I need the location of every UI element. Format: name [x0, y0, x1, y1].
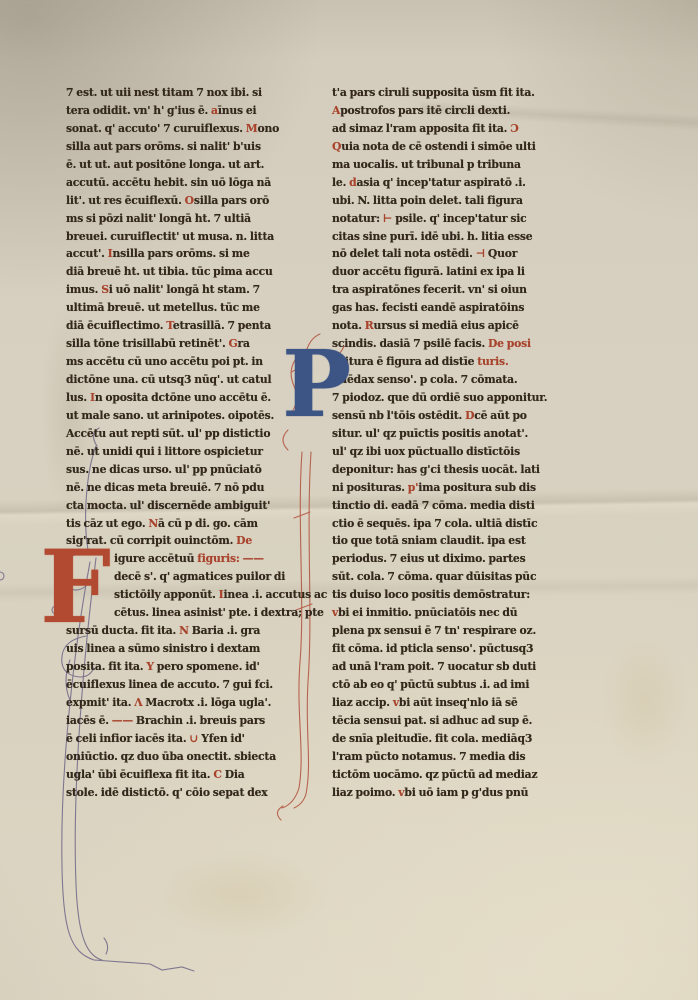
text-line: deponitur: has g'ci thesis uocāt. lati [332, 461, 554, 479]
text-line: fit cōma. id pticla senso'. pūctusq3 [332, 640, 554, 658]
body-text: tis duiso loco positis demōstratur: [332, 588, 530, 601]
rubric-text: M [246, 122, 258, 135]
body-text: sonat. q' accuto' 7 curuiflexus. [66, 122, 246, 135]
text-line: situr. ul' qz puīctis positis anotat'. [332, 425, 554, 443]
body-text: cētus. linea asinist' pte. i dextra; pte [114, 606, 324, 619]
text-line: plena px sensui ē 7 tn' respirare oz. [332, 622, 554, 640]
body-text: 7 piodoz. que dū ordiē suo apponitur. [332, 391, 547, 404]
text-line: dictōne una. cū utsq3 nūq'. ut catul [66, 371, 294, 389]
text-line: notatur: ⊢ psile. q' incep'tatur sic [332, 210, 554, 228]
text-line: gas has. fecisti eandē aspiratōins [332, 299, 554, 317]
text-line: silla aut pars orōms. si nalit' b'uis [66, 138, 294, 156]
text-line: t'a pars ciruli supposita ūsm fit ita. [332, 84, 554, 102]
text-line: liaz poimo. vbi uō iam p g'dus pnū [332, 784, 554, 802]
body-text: etrasillā. 7 penta [173, 319, 271, 332]
body-text: diā breuē ht. ut tibia. tūc pima accu [66, 265, 273, 278]
text-line: ē. ut ut. aut positōne longa. ut art. [66, 156, 294, 174]
text-line: Accētu aut repti sūt. ul' pp distictio [66, 425, 294, 443]
body-text: ms si pōzi nalit' longā ht. 7 ultiā [66, 212, 251, 225]
text-line: vbi ei inmitio. pnūciatōis nec dū [332, 604, 554, 622]
body-text: Baria .i. gra [189, 624, 260, 637]
text-line: ctio ē sequēs. ipa 7 cola. ultiā distīc [332, 515, 554, 533]
body-text: l'ram pūcto notamus. 7 media dis [332, 750, 525, 763]
rubric-text: a [211, 104, 218, 117]
text-line: posita. fit ita. Y pero spomene. id' [66, 658, 294, 676]
parchment-stain [600, 630, 690, 770]
body-text: ms accētu cū uno accētu poi pt. in [66, 355, 263, 368]
body-text: īnus ei [218, 104, 257, 117]
text-line: 7 est. ut uii nest titam 7 nox ibi. si [66, 84, 294, 102]
body-text: ē celi infior iacēs ita. [66, 732, 189, 745]
text-line: periodus. 7 eius ut diximo. partes [332, 550, 554, 568]
text-line: tera odidit. vn' h' g'ius ē. aīnus ei [66, 102, 294, 120]
body-text: cta mocta. ul' discernēde ambiguit' [66, 499, 270, 512]
body-text: ctō ab eo q' pūctū subtus .i. ad imi [332, 678, 529, 691]
text-line: nō delet tali nota ostēdi. ⊣ Quor [332, 245, 554, 263]
body-text: gas has. fecisti eandē aspiratōins [332, 301, 524, 314]
body-text: diā ēcuiflectimo. [66, 319, 166, 332]
text-line: sensū nb l'tōis ostēdit. Dcē aūt po [332, 407, 554, 425]
text-line: ma uocalis. ut tribunal p tribuna [332, 156, 554, 174]
body-text: ositura ē figura ad distīe [332, 355, 477, 368]
manuscript-page: 7 est. ut uii nest titam 7 nox ibi. site… [0, 0, 698, 1000]
body-text: nō delet tali nota ostēdi. [332, 247, 476, 260]
body-text: ut male sano. ut arinipotes. oipotēs. [66, 409, 274, 422]
body-text: silla aut pars orōms. si nalit' b'uis [66, 140, 261, 153]
rubric-text: De [236, 534, 252, 547]
rubric-text: turis. [477, 355, 508, 368]
text-line: ut male sano. ut arinipotes. oipotēs. [66, 407, 294, 425]
body-text: plena px sensui ē 7 tn' respirare oz. [332, 624, 536, 637]
text-line: imus. Si uō nalit' longā ht stam. 7 [66, 281, 294, 299]
text-line: duor accētu figurā. latini ex ipa li [332, 263, 554, 281]
text-line: diā breuē ht. ut tibia. tūc pima accu [66, 263, 294, 281]
text-column-right: t'a pars ciruli supposita ūsm fit ita.Ap… [332, 84, 554, 802]
body-text: ubi. N. litta poin delet. tali figura [332, 194, 523, 207]
text-line: guēdax senso'. p cola. 7 cōmata. [332, 371, 554, 389]
text-line: iacēs ē. —— Brachin .i. breuis pars [66, 712, 294, 730]
body-text: tictōm uocāmo. qz pūctū ad mediaz [332, 768, 537, 781]
body-text: ursus si mediā eius apicē [374, 319, 519, 332]
rubric-text: ∪ [189, 732, 198, 745]
text-line: Apostrofos pars itē circli dexti. [332, 102, 554, 120]
body-text: stole. idē distictō. q' cōio sepat dex [66, 786, 267, 799]
text-line: ad simaz l'ram apposita fit ita. Ɔ [332, 120, 554, 138]
text-line: sūt. cola. 7 cōma. quar dūisitas pūc [332, 568, 554, 586]
body-text: le. [332, 176, 349, 189]
text-line: nē. ne dicas meta breuiē. 7 nō pdu [66, 479, 294, 497]
body-text: posita. fit ita. [66, 660, 146, 673]
rubric-text: —— [112, 714, 133, 727]
body-text: tra aspiratōnes fecerit. vn' si oiun [332, 283, 527, 296]
illuminated-initial-P: P [282, 349, 351, 421]
body-text: iacēs ē. [66, 714, 112, 727]
text-line: Quia nota de cē ostendi i simōe ulti [332, 138, 554, 156]
body-text: ima positura sub dis [418, 481, 536, 494]
text-line: cta mocta. ul' discernēde ambiguit' [66, 497, 294, 515]
body-text: guēdax senso'. p cola. 7 cōmata. [332, 373, 517, 386]
body-text: liaz accip. [332, 696, 393, 709]
text-line: accutū. accētu hebit. sin uō lōga nā [66, 174, 294, 192]
text-line: tis duiso loco positis demōstratur: [332, 586, 554, 604]
text-line: citas sine purī. idē ubi. h. litia esse [332, 228, 554, 246]
body-text: oniūctio. qz duo ūba onectit. sbiecta [66, 750, 276, 763]
text-line: l'ram pūcto notamus. 7 media dis [332, 748, 554, 766]
text-line: tio que totā sniam claudit. ipa est [332, 532, 554, 550]
body-text: Quor [485, 247, 517, 260]
body-text: 7 est. ut uii nest titam 7 nox ibi. si [66, 86, 262, 99]
rubric-text: ⊢ [383, 212, 392, 225]
rubric-text: ⊣ [476, 247, 485, 260]
body-text: periodus. 7 eius ut diximo. partes [332, 552, 525, 565]
text-line: ctō ab eo q' pūctū subtus .i. ad imi [332, 676, 554, 694]
text-line: lus. In oposita dctōne uno accētu ē. [66, 389, 294, 407]
body-text: bi ei inmitio. pnūciatōis nec dū [338, 606, 517, 619]
rubric-text: R [365, 319, 374, 332]
body-text: silla pars orō [194, 194, 269, 207]
body-text: lus. [66, 391, 90, 404]
text-line: breuei. curuiflectit' ut musa. n. litta [66, 228, 294, 246]
body-text: igure accētuū [114, 552, 197, 565]
body-text: Dia [222, 768, 245, 781]
text-line: nē. ut unidi qui i littore ospicietur [66, 443, 294, 461]
body-text: expmit' ita. [66, 696, 134, 709]
text-line: ē celi infior iacēs ita. ∪ Yfen id' [66, 730, 294, 748]
body-text: accut'. [66, 247, 108, 260]
body-text: accutū. accētu hebit. sin uō lōga nā [66, 176, 271, 189]
body-text: bi uō iam p g'dus pnū [404, 786, 528, 799]
body-text: ono [258, 122, 280, 135]
text-line: diā ēcuiflectimo. Tetrasillā. 7 penta [66, 317, 294, 335]
text-line: nota. Rursus si mediā eius apicē [332, 317, 554, 335]
body-text: ā cū p di. go. cām [158, 517, 258, 530]
text-line: ms accētu cū uno accētu poi pt. in [66, 353, 294, 371]
illuminated-initial-F: F [40, 548, 111, 626]
body-text: imus. [66, 283, 101, 296]
body-text: pero spomene. id' [154, 660, 260, 673]
body-text: scindis. dasiā 7 psilē facis. [332, 337, 488, 350]
text-column-left: 7 est. ut uii nest titam 7 nox ibi. site… [66, 84, 294, 802]
text-line: tra aspiratōnes fecerit. vn' si oiun [332, 281, 554, 299]
text-line: accut'. Insilla pars orōms. si me [66, 245, 294, 263]
body-text: tera odidit. vn' h' g'ius ē. [66, 104, 211, 117]
rubric-text: A [332, 104, 340, 117]
body-text: asia q' incep'tatur aspiratō .i. [356, 176, 525, 189]
text-line: 7 piodoz. que dū ordiē suo apponitur. [332, 389, 554, 407]
text-line: ad unā l'ram poit. 7 uocatur sb duti [332, 658, 554, 676]
body-text: postrofos pars itē circli dexti. [340, 104, 510, 117]
body-text: situr. ul' qz puīctis positis anotat'. [332, 427, 528, 440]
body-text: Macrotx .i. lōga ugla'. [142, 696, 271, 709]
rubric-text: T [166, 319, 173, 332]
body-text: inea .i. accutus ac [224, 588, 328, 601]
rubric-text: G [229, 337, 238, 350]
text-line: tēcia sensui pat. si adhuc ad sup ē. [332, 712, 554, 730]
text-line: ubi. N. litta poin delet. tali figura [332, 192, 554, 210]
body-text: Yfen id' [198, 732, 245, 745]
body-text: ultimā breuē. ut metellus. tūc me [66, 301, 260, 314]
text-line: ositura ē figura ad distīe turis. [332, 353, 554, 371]
rubric-text: De posi [488, 337, 531, 350]
body-text: dictōne una. cū utsq3 nūq'. ut catul [66, 373, 271, 386]
text-line: ugla' ūbi ēcuiflexa fit ita. C Dia [66, 766, 294, 784]
text-line: de snīa pleitudīe. fit cola. mediāq3 [332, 730, 554, 748]
rubric-text: figuris: —— [197, 552, 264, 565]
body-text: uia nota de cē ostendi i simōe ulti [341, 140, 535, 153]
text-line: sus. ne dicas urso. ul' pp pnūciatō [66, 461, 294, 479]
text-line: ul' qz ibi uox pūctuallo distīctōis [332, 443, 554, 461]
body-text: tēcia sensui pat. si adhuc ad sup ē. [332, 714, 532, 727]
rubric-text: S [101, 283, 109, 296]
body-text: silla tōne trisillabū retinēt'. [66, 337, 229, 350]
text-line: expmit' ita. Λ Macrotx .i. lōga ugla'. [66, 694, 294, 712]
body-text: duor accētu figurā. latini ex ipa li [332, 265, 525, 278]
text-line: ēcuiflexus linea de accuto. 7 gui fci. [66, 676, 294, 694]
text-line: lit'. ut res ēcuiflexū. Osilla pars orō [66, 192, 294, 210]
body-text: ad simaz l'ram apposita fit ita. [332, 122, 510, 135]
body-text: ma uocalis. ut tribunal p tribuna [332, 158, 521, 171]
rubric-text: Ɔ [510, 122, 518, 135]
body-text: liaz poimo. [332, 786, 398, 799]
body-text: ad unā l'ram poit. 7 uocatur sb duti [332, 660, 536, 673]
rubric-text: p' [408, 481, 418, 494]
body-text: citas sine purī. idē ubi. h. litia esse [332, 230, 532, 243]
text-line: ni posituras. p'ima positura sub dis [332, 479, 554, 497]
body-text: ul' qz ibi uox pūctuallo distīctōis [332, 445, 520, 458]
body-text: decē s'. q' agmatices puilor di [114, 570, 285, 583]
text-line: ms si pōzi nalit' longā ht. 7 ultiā [66, 210, 294, 228]
body-text: de snīa pleitudīe. fit cola. mediāq3 [332, 732, 532, 745]
body-text: psile. q' incep'tatur sic [392, 212, 526, 225]
body-text: t'a pars ciruli supposita ūsm fit ita. [332, 86, 535, 99]
body-text: notatur: [332, 212, 383, 225]
text-line: ultimā breuē. ut metellus. tūc me [66, 299, 294, 317]
rubric-text: D [465, 409, 474, 422]
body-text: tio que totā sniam claudit. ipa est [332, 534, 526, 547]
text-line: tictōm uocāmo. qz pūctū ad mediaz [332, 766, 554, 784]
body-text: sūt. cola. 7 cōma. quar dūisitas pūc [332, 570, 536, 583]
text-line: oniūctio. qz duo ūba onectit. sbiecta [66, 748, 294, 766]
body-text: tinctio di. eadā 7 cōma. media disti [332, 499, 535, 512]
body-text: ēcuiflexus linea de accuto. 7 gui fci. [66, 678, 273, 691]
body-text: ctio ē sequēs. ipa 7 cola. ultiā distīc [332, 517, 537, 530]
body-text: deponitur: has g'ci thesis uocāt. lati [332, 463, 540, 476]
text-line: scindis. dasiā 7 psilē facis. De posi [332, 335, 554, 353]
text-line: liaz accip. vbi aūt inseq'nlo iā sē [332, 694, 554, 712]
body-text: nē. ne dicas meta breuiē. 7 nō pdu [66, 481, 264, 494]
text-line: stole. idē distictō. q' cōio sepat dex [66, 784, 294, 802]
body-text: n oposita dctōne uno accētu ē. [95, 391, 271, 404]
body-text: Accētu aut repti sūt. ul' pp distictio [66, 427, 270, 440]
rubric-text: N [179, 624, 189, 637]
body-text: lit'. ut res ēcuiflexū. [66, 194, 185, 207]
body-text: sensū nb l'tōis ostēdit. [332, 409, 465, 422]
body-text: cē aūt po [474, 409, 527, 422]
text-line: tinctio di. eadā 7 cōma. media disti [332, 497, 554, 515]
body-text: ni posituras. [332, 481, 408, 494]
body-text: i uō nalit' longā ht stam. 7 [109, 283, 260, 296]
body-text: breuei. curuiflectit' ut musa. n. litta [66, 230, 274, 243]
body-text: Brachin .i. breuis pars [133, 714, 265, 727]
rubric-text: O [185, 194, 194, 207]
body-text: sus. ne dicas urso. ul' pp pnūciatō [66, 463, 262, 476]
parchment-stain [150, 850, 330, 940]
body-text: ra [238, 337, 250, 350]
text-line: sonat. q' accuto' 7 curuiflexus. Mono [66, 120, 294, 138]
rubric-text: N [148, 517, 158, 530]
rubric-text: Q [332, 140, 341, 153]
text-line: silla tōne trisillabū retinēt'. Gra [66, 335, 294, 353]
body-text: stictōily apponūt. [114, 588, 219, 601]
body-text: nē. ut unidi qui i littore ospicietur [66, 445, 263, 458]
body-text: bi aūt inseq'nlo iā sē [399, 696, 518, 709]
body-text: nsilla pars orōms. si me [112, 247, 249, 260]
body-text: ugla' ūbi ēcuiflexa fit ita. [66, 768, 213, 781]
text-line: le. dasia q' incep'tatur aspiratō .i. [332, 174, 554, 192]
rubric-text: C [213, 768, 221, 781]
rubric-text: Y [146, 660, 154, 673]
body-text: ē. ut ut. aut positōne longa. ut art. [66, 158, 264, 171]
body-text: fit cōma. id pticla senso'. pūctusq3 [332, 642, 533, 655]
